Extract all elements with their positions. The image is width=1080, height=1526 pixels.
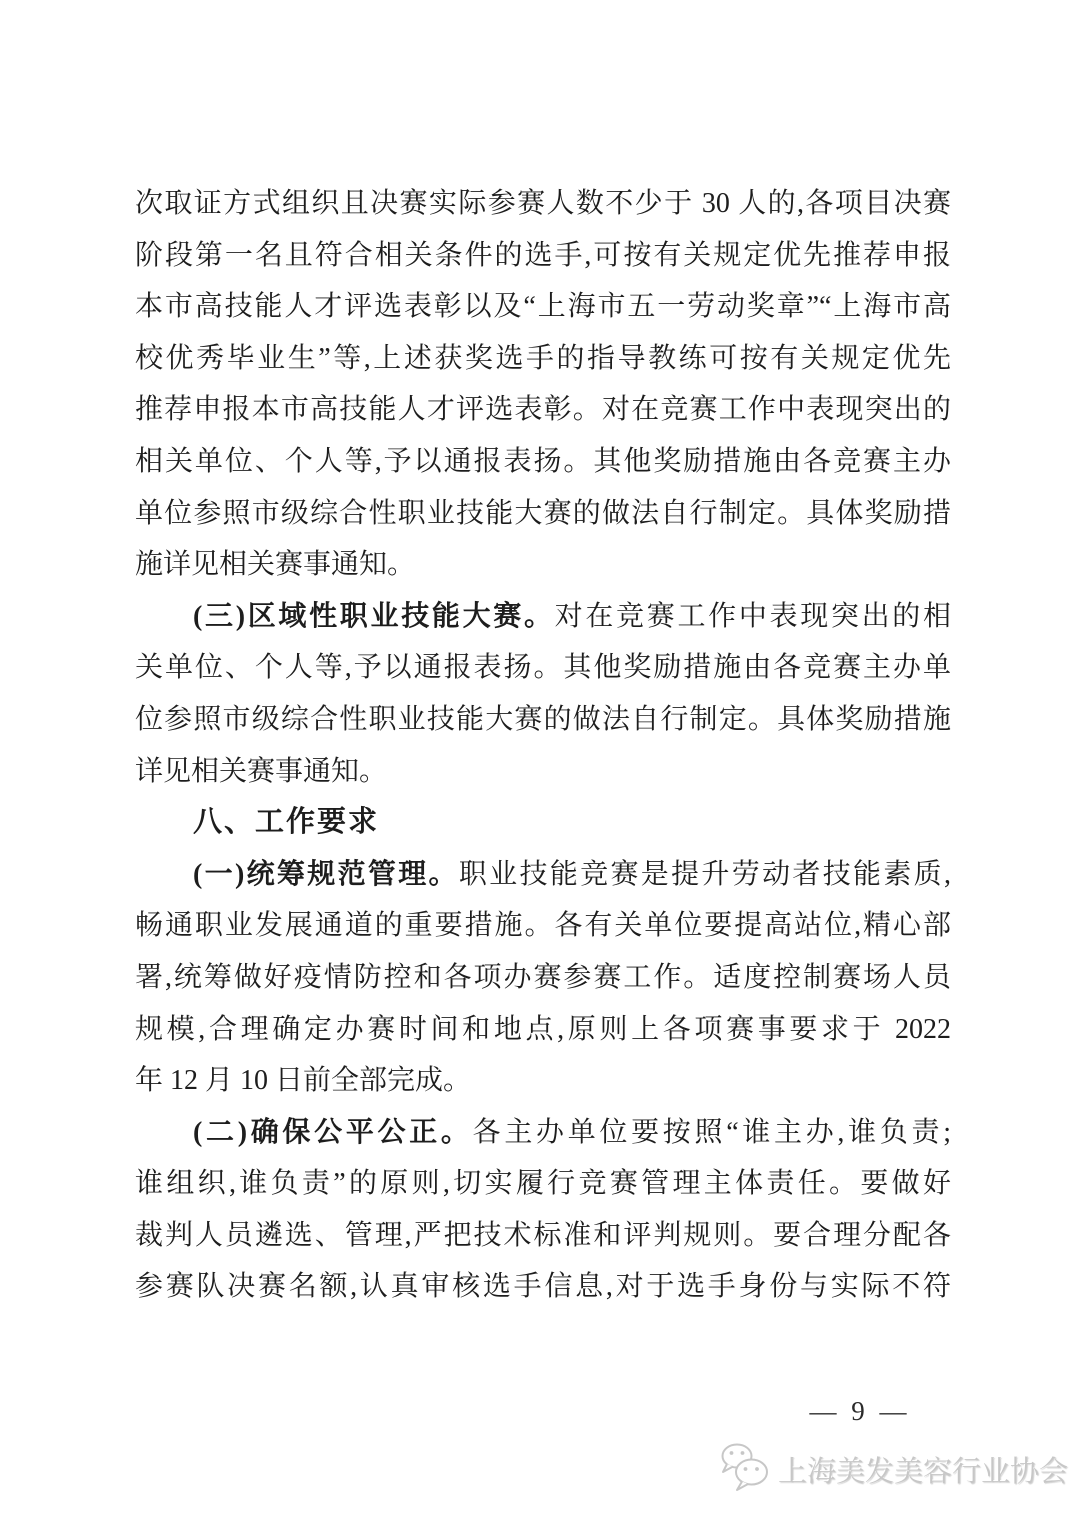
body-text-segment: 位参照市级综合性职业技能大赛的做法自行制定。具体奖励措施: [135, 704, 951, 735]
body-text-segment: 参赛队决赛名额,认真审核选手信息,对于选手身份与实际不符: [135, 1271, 951, 1302]
text-line: 推荐申报本市高技能人才评选表彰。对在竞赛工作中表现突出的: [135, 384, 951, 436]
text-line: (二)确保公平公正。各主办单位要按照“谁主办,谁负责;: [135, 1107, 951, 1159]
body-text-segment: 推荐申报本市高技能人才评选表彰。对在竞赛工作中表现突出的: [135, 394, 951, 425]
body-text-segment: 署,统筹做好疫情防控和各项办赛参赛工作。适度控制赛场人员: [135, 962, 951, 993]
document-page: 次取证方式组织且决赛实际参赛人数不少于 30 人的,各项目决赛阶段第一名且符合相…: [0, 0, 1080, 1526]
text-line: 位参照市级综合性职业技能大赛的做法自行制定。具体奖励措施: [135, 694, 951, 746]
text-line: 校优秀毕业生”等,上述获奖选手的指导教练可按有关规定优先: [135, 333, 951, 385]
paragraph-bold-lead: (三)区域性职业技能大赛。: [193, 601, 555, 632]
body-text-segment: 谁组织,谁负责”的原则,切实履行竞赛管理主体责任。要做好: [135, 1168, 951, 1199]
text-line: 本市高技能人才评选表彰以及“上海市五一劳动奖章”“上海市高: [135, 281, 951, 333]
body-text-segment: 阶段第一名且符合相关条件的选手,可按有关规定优先推荐申报: [135, 240, 951, 271]
text-line: 相关单位、个人等,予以通报表扬。其他奖励措施由各竞赛主办: [135, 436, 951, 488]
body-text-segment: 校优秀毕业生”等,上述获奖选手的指导教练可按有关规定优先: [135, 343, 951, 374]
body-text-segment: 相关单位、个人等,予以通报表扬。其他奖励措施由各竞赛主办: [135, 446, 951, 477]
body-text-segment: 施详见相关赛事通知。: [135, 549, 415, 580]
text-line: 裁判人员遴选、管理,严把技术标准和评判规则。要合理分配各: [135, 1210, 951, 1262]
text-line: 署,统筹做好疫情防控和各项办赛参赛工作。适度控制赛场人员: [135, 952, 951, 1004]
page-number: — 9 —: [790, 1396, 930, 1427]
body-text-segment: 本市高技能人才评选表彰以及“上海市五一劳动奖章”“上海市高: [135, 291, 951, 322]
wechat-icon: [718, 1441, 772, 1497]
text-line: 规模,合理确定办赛时间和地点,原则上各项赛事要求于 2022: [135, 1004, 951, 1056]
text-line: 单位参照市级综合性职业技能大赛的做法自行制定。具体奖励措: [135, 488, 951, 540]
text-line: 施详见相关赛事通知。: [135, 539, 951, 591]
body-text-segment: 详见相关赛事通知。: [135, 756, 387, 787]
body-text-segment: 规模,合理确定办赛时间和地点,原则上各项赛事要求于 2022: [135, 1014, 951, 1045]
body-text-segment: 次取证方式组织且决赛实际参赛人数不少于 30 人的,各项目决赛: [135, 188, 951, 219]
paragraph-bold-lead: (二)确保公平公正。: [193, 1117, 473, 1148]
body-text-segment: 关单位、个人等,予以通报表扬。其他奖励措施由各竞赛主办单: [135, 652, 951, 683]
paragraph-bold-lead: (一)统筹规范管理。: [193, 859, 459, 890]
text-line: 谁组织,谁负责”的原则,切实履行竞赛管理主体责任。要做好: [135, 1158, 951, 1210]
text-line: 阶段第一名且符合相关条件的选手,可按有关规定优先推荐申报: [135, 230, 951, 282]
text-line: 次取证方式组织且决赛实际参赛人数不少于 30 人的,各项目决赛: [135, 178, 951, 230]
body-text-segment: 畅通职业发展通道的重要措施。各有关单位要提高站位,精心部: [135, 910, 951, 941]
text-line: 详见相关赛事通知。: [135, 746, 951, 798]
text-line: (一)统筹规范管理。职业技能竞赛是提升劳动者技能素质,: [135, 849, 951, 901]
watermark-text: 上海美发美容行业协会: [778, 1449, 1068, 1490]
text-line: 参赛队决赛名额,认真审核选手信息,对于选手身份与实际不符: [135, 1261, 951, 1313]
body-text-segment: 各主办单位要按照“谁主办,谁负责;: [473, 1117, 951, 1148]
body-text-segment: 年 12 月 10 日前全部完成。: [135, 1065, 471, 1096]
body-text-segment: 对在竞赛工作中表现突出的相: [555, 601, 951, 632]
section-heading: 八、工作要求: [193, 806, 379, 838]
watermark: 上海美发美容行业协会: [718, 1441, 1068, 1497]
document-body: 次取证方式组织且决赛实际参赛人数不少于 30 人的,各项目决赛阶段第一名且符合相…: [135, 178, 951, 1313]
text-line: (三)区域性职业技能大赛。对在竞赛工作中表现突出的相: [135, 591, 951, 643]
body-text-segment: 裁判人员遴选、管理,严把技术标准和评判规则。要合理分配各: [135, 1220, 951, 1251]
text-line: 八、工作要求: [135, 797, 951, 849]
body-text-segment: 单位参照市级综合性职业技能大赛的做法自行制定。具体奖励措: [135, 498, 951, 529]
text-line: 畅通职业发展通道的重要措施。各有关单位要提高站位,精心部: [135, 900, 951, 952]
text-line: 关单位、个人等,予以通报表扬。其他奖励措施由各竞赛主办单: [135, 642, 951, 694]
text-line: 年 12 月 10 日前全部完成。: [135, 1055, 951, 1107]
body-text-segment: 职业技能竞赛是提升劳动者技能素质,: [459, 859, 951, 890]
